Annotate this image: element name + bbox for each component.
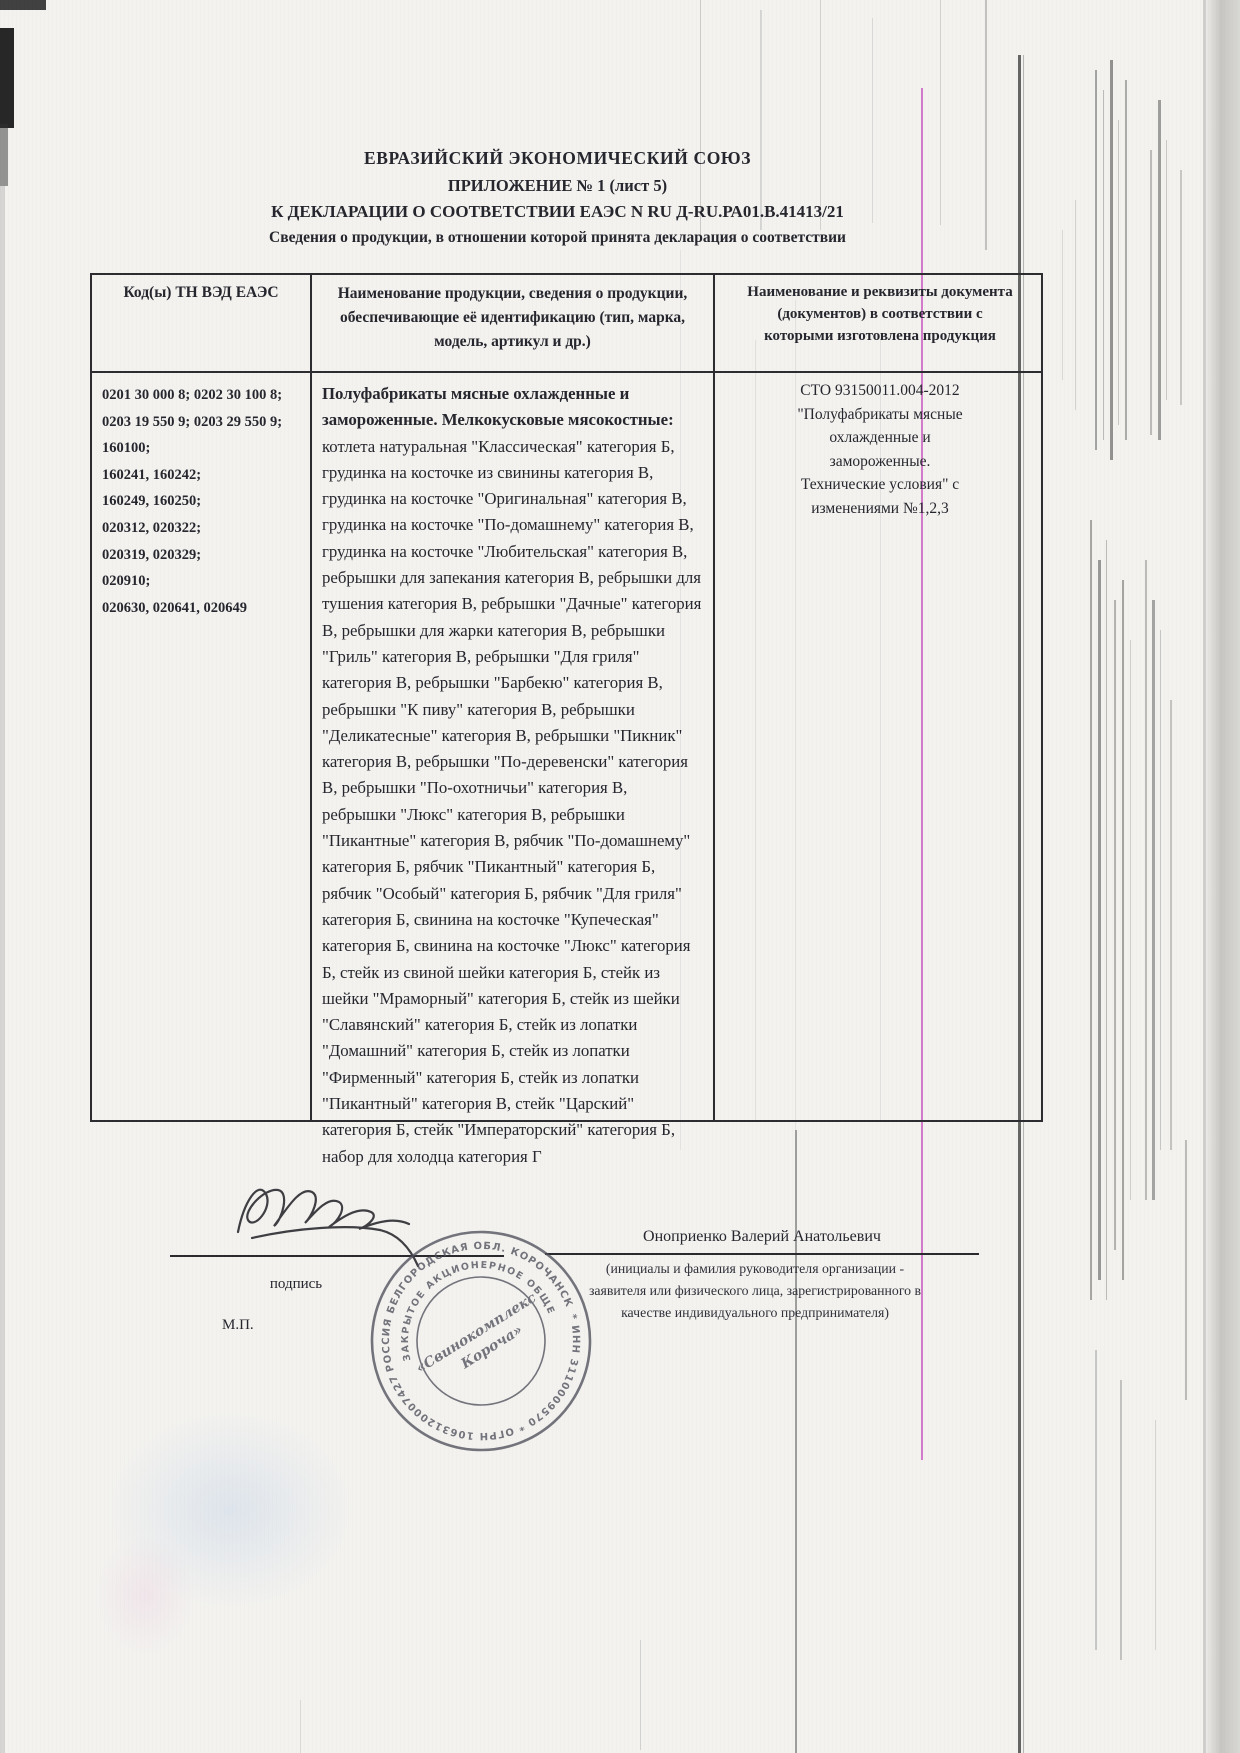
- declaration-number-title: К ДЕКЛАРАЦИИ О СООТВЕТСТВИИ ЕАЭС N RU Д-…: [90, 202, 1025, 222]
- signatory-name: Оноприенко Валерий Анатольевич: [545, 1228, 979, 1246]
- scan-streak: [1103, 90, 1104, 440]
- scan-streak: [1150, 150, 1152, 435]
- column-header-codes: Код(ы) ТН ВЭД ЕАЭС: [92, 275, 310, 373]
- sign-label: подпись: [246, 1276, 346, 1293]
- scan-streak: [0, 0, 46, 10]
- scan-streak: [1170, 700, 1172, 1150]
- scan-streak: [1130, 640, 1131, 1200]
- scan-streak: [1145, 560, 1147, 1200]
- scan-streak: [795, 1130, 797, 1753]
- scan-streak: [640, 1640, 641, 1750]
- code-line: 020630, 020641, 020649: [102, 595, 304, 622]
- product-table: Код(ы) ТН ВЭД ЕАЭС Наименование продукци…: [90, 273, 1043, 1122]
- appendix-title: ПРИЛОЖЕНИЕ № 1 (лист 5): [90, 176, 1025, 196]
- scan-streak: [1095, 1350, 1097, 1650]
- document-line: замороженные.: [729, 450, 1031, 474]
- scan-streak: [300, 1700, 301, 1753]
- document-line: охлажденные и: [729, 426, 1031, 450]
- signature-line-right: [545, 1253, 979, 1255]
- scan-streak: [1114, 600, 1116, 1250]
- code-line: 0201 30 000 8; 0202 30 100 8;: [102, 382, 304, 409]
- scan-streak: [1160, 630, 1161, 1150]
- scan-streak: [1185, 1140, 1187, 1400]
- scanned-declaration-page: ЕВРАЗИЙСКИЙ ЭКОНОМИЧЕСКИЙ СОЮЗ ПРИЛОЖЕНИ…: [0, 0, 1240, 1753]
- codes-cell: 0201 30 000 8; 0202 30 100 8; 0203 19 55…: [92, 373, 310, 621]
- union-title: ЕВРАЗИЙСКИЙ ЭКОНОМИЧЕСКИЙ СОЮЗ: [90, 148, 1025, 169]
- signature-stroke: [238, 1190, 409, 1232]
- scan-streak: [1095, 70, 1097, 450]
- scan-streak: [1158, 100, 1161, 440]
- scan-streak: [1125, 80, 1127, 440]
- scan-streak: [1110, 60, 1113, 460]
- scan-streak: [0, 124, 8, 186]
- document-line: изменениями №1,2,3: [729, 497, 1031, 521]
- column-header-document: Наименование и реквизиты документа (доку…: [715, 275, 1045, 373]
- seal-place-label: М.П.: [222, 1317, 254, 1334]
- document-reference-cell: СТО 93150011.004-2012 "Полуфабрикаты мяс…: [715, 373, 1045, 520]
- code-line: 020312, 020322;: [102, 515, 304, 542]
- code-line: 160249, 160250;: [102, 488, 304, 515]
- product-description-cell: Полуфабрикаты мясные охлажденные и замор…: [312, 373, 713, 1170]
- scan-streak: [1152, 600, 1155, 1200]
- document-line: "Полуфабрикаты мясные: [729, 403, 1031, 427]
- document-line: Технические условия" с: [729, 473, 1031, 497]
- code-line: 0203 19 550 9; 0203 29 550 9;: [102, 409, 304, 436]
- scan-streak: [1122, 580, 1124, 1280]
- scan-streak: [1120, 1380, 1122, 1660]
- code-line: 020319, 020329;: [102, 542, 304, 569]
- scan-streak: [1180, 170, 1182, 405]
- scan-streak: [1118, 120, 1119, 425]
- product-description-text: котлета натуральная "Классическая" катег…: [322, 437, 701, 1166]
- page-edge: [1206, 0, 1240, 1753]
- scan-streak: [0, 28, 14, 128]
- scan-streak: [1090, 520, 1092, 1300]
- stamp-inner-circle: [399, 1259, 563, 1423]
- column-header-product: Наименование продукции, сведения о проду…: [312, 275, 713, 373]
- scan-streak: [1098, 560, 1101, 1280]
- code-line: 160241, 160242;: [102, 462, 304, 489]
- scan-streak: [1106, 540, 1107, 1300]
- product-description-intro: Полуфабрикаты мясные охлажденные и замор…: [322, 384, 674, 429]
- scan-streak: [1075, 200, 1076, 410]
- code-line: 160100;: [102, 435, 304, 462]
- scan-streak: [0, 182, 5, 1753]
- company-round-stamp: РОССИЯ БЕЛГОРОДСКАЯ ОБЛ. КОРОЧАНСКИЙ Р-Н…: [368, 1228, 594, 1454]
- scan-streak: [1155, 1420, 1156, 1650]
- document-line: СТО 93150011.004-2012: [729, 379, 1031, 403]
- scan-streak: [1166, 140, 1167, 400]
- code-line: 020910;: [102, 568, 304, 595]
- subtitle: Сведения о продукции, в отношении которо…: [90, 229, 1025, 247]
- scan-streak: [1062, 230, 1063, 380]
- document-header: ЕВРАЗИЙСКИЙ ЭКОНОМИЧЕСКИЙ СОЮЗ ПРИЛОЖЕНИ…: [90, 148, 1025, 247]
